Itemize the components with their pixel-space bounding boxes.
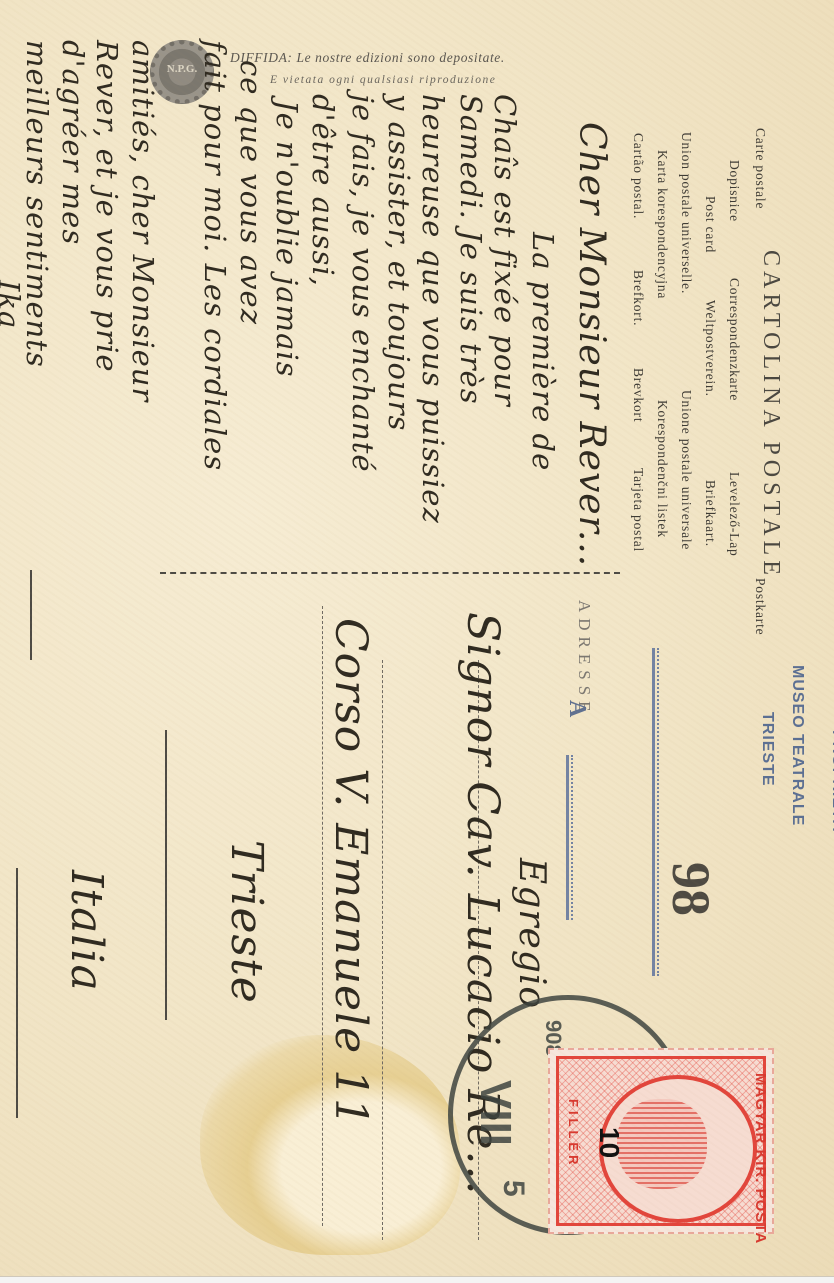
lang-briefkaart: Briefkaart. — [702, 480, 718, 547]
postcard: N.P.G. DIFFIDA: Le nostre edizioni sono … — [0, 0, 834, 1276]
message-signature: Ika — [0, 280, 26, 329]
lang-unione-postale: Unione postale universale — [678, 390, 694, 550]
recipient-country: Italia — [61, 870, 112, 992]
stamp-unit: FILLÉR — [566, 1099, 581, 1169]
left-vertical-rule — [165, 730, 167, 1020]
message-line: amitiés, cher Monsieur — [126, 40, 160, 402]
message-line: Samedi. Je suis très — [454, 94, 488, 405]
owner-stamp-line2: MUSEO TEATRALE — [788, 665, 806, 826]
address-label-overprint: A — [563, 700, 590, 717]
postage-stamp: MAGYAR KIR. POSTA FILLÉR 10 — [548, 1048, 774, 1234]
lang-tarjeta-postal: Tarjeta postal — [630, 468, 646, 552]
lang-brefkort: Brefkort. — [630, 270, 646, 326]
country-underline — [16, 868, 18, 1118]
message-salutation: Cher Monsieur Rever... — [571, 122, 612, 567]
message-line: La première de — [526, 232, 560, 471]
stamp-frame: MAGYAR KIR. POSTA FILLÉR 10 — [556, 1056, 766, 1226]
lang-postkarte: Postkarte — [752, 578, 768, 635]
message-line: je fais, je vous enchanté — [346, 94, 380, 473]
address-rule-blue-1 — [652, 648, 655, 976]
owner-stamp-line3: TRIESTE — [758, 712, 776, 787]
lang-dopisnice: Dopisnice — [726, 160, 742, 222]
recipient-city: Trieste — [221, 840, 272, 1004]
copyright-warning-line1: DIFFIDA: Le nostre edizioni sono deposit… — [230, 50, 505, 66]
message-line: d'être aussi, — [306, 94, 340, 287]
lang-post-card: Post card — [702, 196, 718, 253]
lang-karta-korespondencyjna: Karta korespondencyjna — [654, 150, 670, 299]
address-rule-3 — [322, 606, 323, 1226]
stamp-value: 10 — [593, 1127, 625, 1158]
message-line: Rever, et je vous prie — [90, 40, 124, 373]
stamp-country: MAGYAR KIR. POSTA — [752, 1073, 769, 1244]
message-line: ce que vous avez — [234, 60, 268, 325]
message-line: y assister, et toujours — [382, 94, 416, 431]
address-rule-2 — [382, 660, 383, 1240]
lang-correspondenzkarte: Correspondenzkarte — [726, 278, 742, 401]
crown-icon — [617, 1099, 707, 1189]
postmark-code: 5 — [496, 1180, 530, 1197]
message-address-divider — [160, 572, 620, 574]
left-short-rule — [30, 570, 32, 660]
catalog-number: 98 — [660, 862, 722, 916]
message-line: d'agréer mes — [56, 40, 90, 245]
recipient-salutation: Egregio — [511, 858, 552, 1009]
message-line: Chaîs est fixée pour — [488, 94, 522, 407]
address-rule-blue-2 — [566, 755, 569, 920]
postmark-month: VIII — [470, 1080, 520, 1146]
lang-carte-postale: Carte postale — [752, 128, 768, 209]
owner-stamp-line1: PROPRIETÀ — [828, 730, 834, 832]
lang-union-postale: Union postale universelle. — [678, 132, 694, 294]
lang-weltpostverein: Weltpostverein. — [702, 300, 718, 397]
card-title: CARTOLINA POSTALE — [757, 250, 784, 580]
copyright-warning-line2: E vietata ogni qualsiasi riproduzione — [270, 74, 496, 86]
message-line: Je n'oublie jamais — [270, 100, 304, 378]
message-line: fait pour moi. Les cordiales — [198, 40, 232, 471]
lang-cartao-postal: Cartão postal. — [630, 133, 646, 219]
lang-brevkort: Brevkort — [630, 368, 646, 422]
lang-levelezo-lap: Levelező-Lap — [726, 472, 742, 557]
lang-korespondencni-listek: Korespondenčni listek — [654, 400, 670, 538]
message-line: heureuse que vous puissiez — [416, 94, 450, 524]
scan-bottom-edge — [0, 1276, 834, 1283]
recipient-street: Corso V. Emanuele 11 — [325, 618, 376, 1127]
